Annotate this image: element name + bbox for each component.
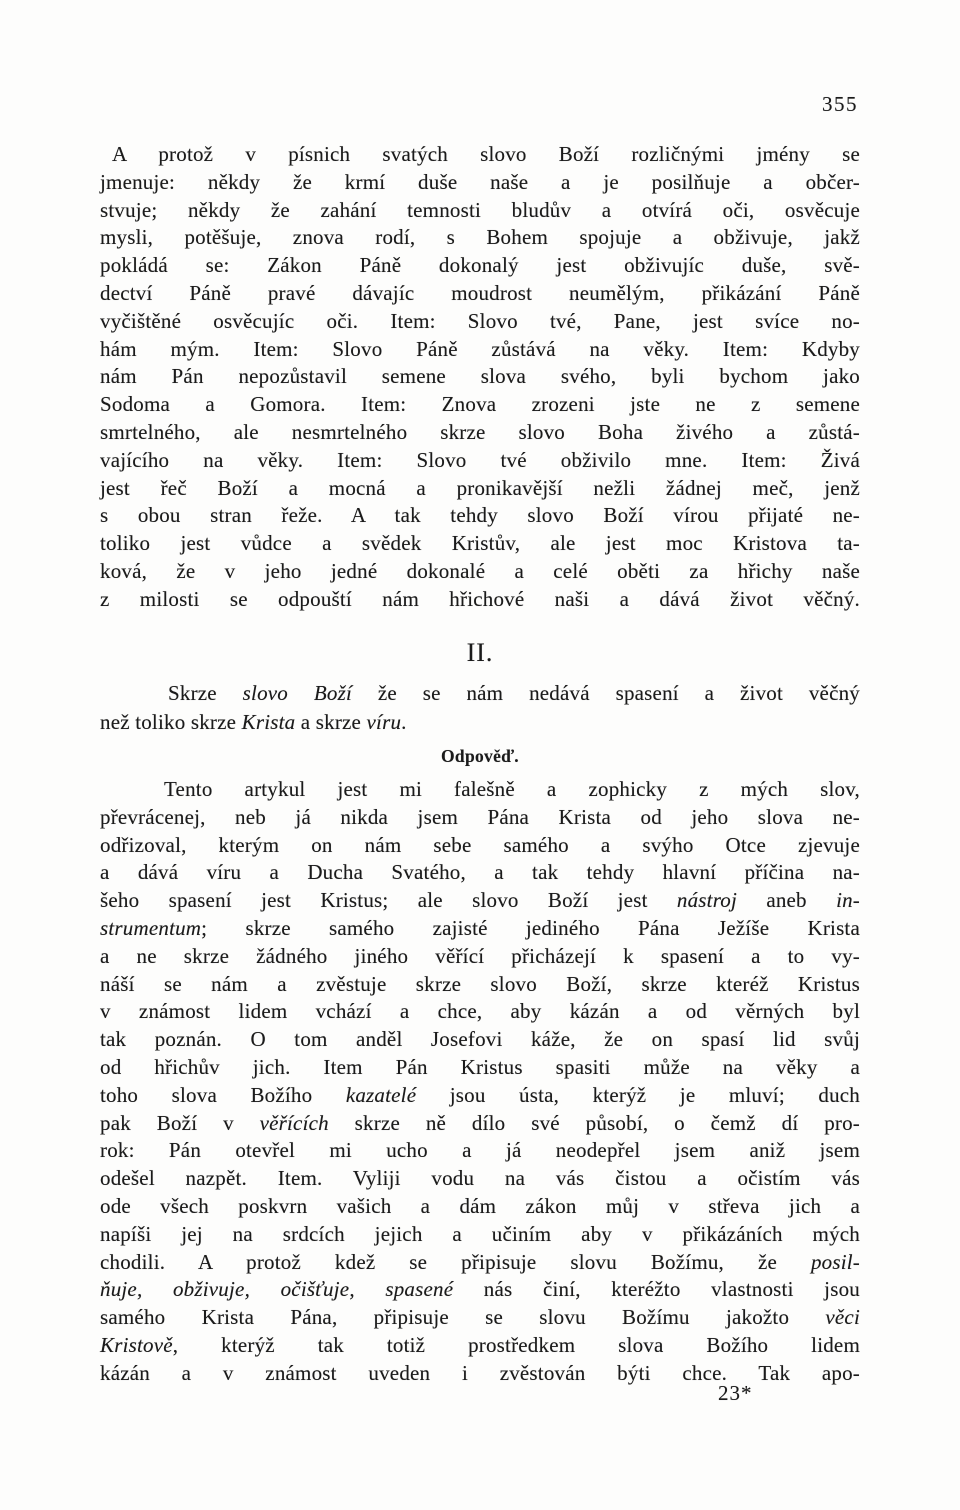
- text-line: Skrze slovo Boží že se nám nedává spasen…: [100, 679, 860, 708]
- text-line: od hřichův jich. Item Pán Kristus spasit…: [100, 1054, 860, 1082]
- text-line: toliko jest vůdce a svědek Kristův, ale …: [100, 530, 860, 558]
- thesis-paragraph: Skrze slovo Boží že se nám nedává spasen…: [100, 679, 860, 736]
- answer-heading: Odpověď.: [100, 746, 860, 767]
- text-line: rok: Pán otevřel mi ucho a já neodepřel …: [100, 1137, 860, 1165]
- text-line: hám mým. Item: Slovo Páně zůstává na věk…: [100, 336, 860, 364]
- text-line: převrácenej, neb já nikda jsem Pána Kris…: [100, 804, 860, 832]
- text-line: odřizoval, kterým on nám sebe samého a s…: [100, 832, 860, 860]
- text-line: než toliko skrze Krista a skrze víru.: [100, 708, 860, 737]
- text-line: a ne skrze žádného jiného věřící přicház…: [100, 943, 860, 971]
- text-line: ode všech poskvrn vašich a dám zákon můj…: [100, 1193, 860, 1221]
- answer-paragraph: Tento artykul jest mi falešně a zophicky…: [100, 776, 860, 1388]
- text-line: ňuje, obživuje, očišťuje, spasené nás či…: [100, 1276, 860, 1304]
- text-line: pokládá se: Zákon Páně dokonalý jest obž…: [100, 252, 860, 280]
- text-line: jest řeč Boží a mocná a pronikavější než…: [100, 475, 860, 503]
- text-line: jmenuje: někdy že krmí duše naše a je po…: [100, 169, 860, 197]
- text-line: samého Krista Pána, připisuje se slovu B…: [100, 1304, 860, 1332]
- text-line: v známost lidem vchází a chce, aby kázán…: [100, 998, 860, 1026]
- text-line: Kristově, kterýž tak totiž prostředkem s…: [100, 1332, 860, 1360]
- opening-paragraph: A protož v písnich svatých slovo Boží ro…: [100, 141, 860, 614]
- text-line: napíši jej na srdcích jejich a učiním ab…: [100, 1221, 860, 1249]
- text-line: šeho spasení jest Kristus; ale slovo Bož…: [100, 887, 860, 915]
- text-line: odešel nazpět. Item. Vyliji vodu na vás …: [100, 1165, 860, 1193]
- page-number: 355: [100, 92, 858, 117]
- text-line: s obou stran řeže. A tak tehdy slovo Bož…: [100, 502, 860, 530]
- text-line: z milosti se odpouští nám hřichové naši …: [100, 586, 860, 614]
- signature-mark: 23*: [718, 1381, 753, 1406]
- text-line: dectví Páně pravé dávajíc moudrost neumě…: [100, 280, 860, 308]
- text-line: smrtelného, ale nesmrtelného skrze slovo…: [100, 419, 860, 447]
- text-line: náší se nám a zvěstuje skrze slovo Boží,…: [100, 971, 860, 999]
- text-line: ková, že v jeho jedné dokonalé a celé ob…: [100, 558, 860, 586]
- text-line: pak Boží v věřících skrze ně dílo své pů…: [100, 1110, 860, 1138]
- text-line: toho slova Božího kazatelé jsou ústa, kt…: [100, 1082, 860, 1110]
- text-line: vajícího na věky. Item: Slovo tvé obživi…: [100, 447, 860, 475]
- text-line: Tento artykul jest mi falešně a zophicky…: [100, 776, 860, 804]
- text-line: a dává víru a Ducha Svatého, a tak tehdy…: [100, 859, 860, 887]
- text-line: nám Pán nepozůstavil semene slova svého,…: [100, 363, 860, 391]
- section-heading: II.: [100, 638, 860, 668]
- text-line: stvuje; někdy že zahání temnosti bludův …: [100, 197, 860, 225]
- text-line: tak poznán. O tom anděl Josefovi káže, ž…: [100, 1026, 860, 1054]
- text-line: vyčištěné osvěcujíc oči. Item: Slovo tvé…: [100, 308, 860, 336]
- text-line: Sodoma a Gomora. Item: Znova zrozeni jst…: [100, 391, 860, 419]
- text-line: strumentum; skrze samého zajisté jedinéh…: [100, 915, 860, 943]
- text-line: mysli, potěšuje, znova rodí, s Bohem spo…: [100, 224, 860, 252]
- text-line: A protož v písnich svatých slovo Boží ro…: [100, 141, 860, 169]
- scanned-book-page: 355 A protož v písnich svatých slovo Bož…: [0, 0, 960, 1510]
- text-line: chodili. A protož kdež se připisuje slov…: [100, 1249, 860, 1277]
